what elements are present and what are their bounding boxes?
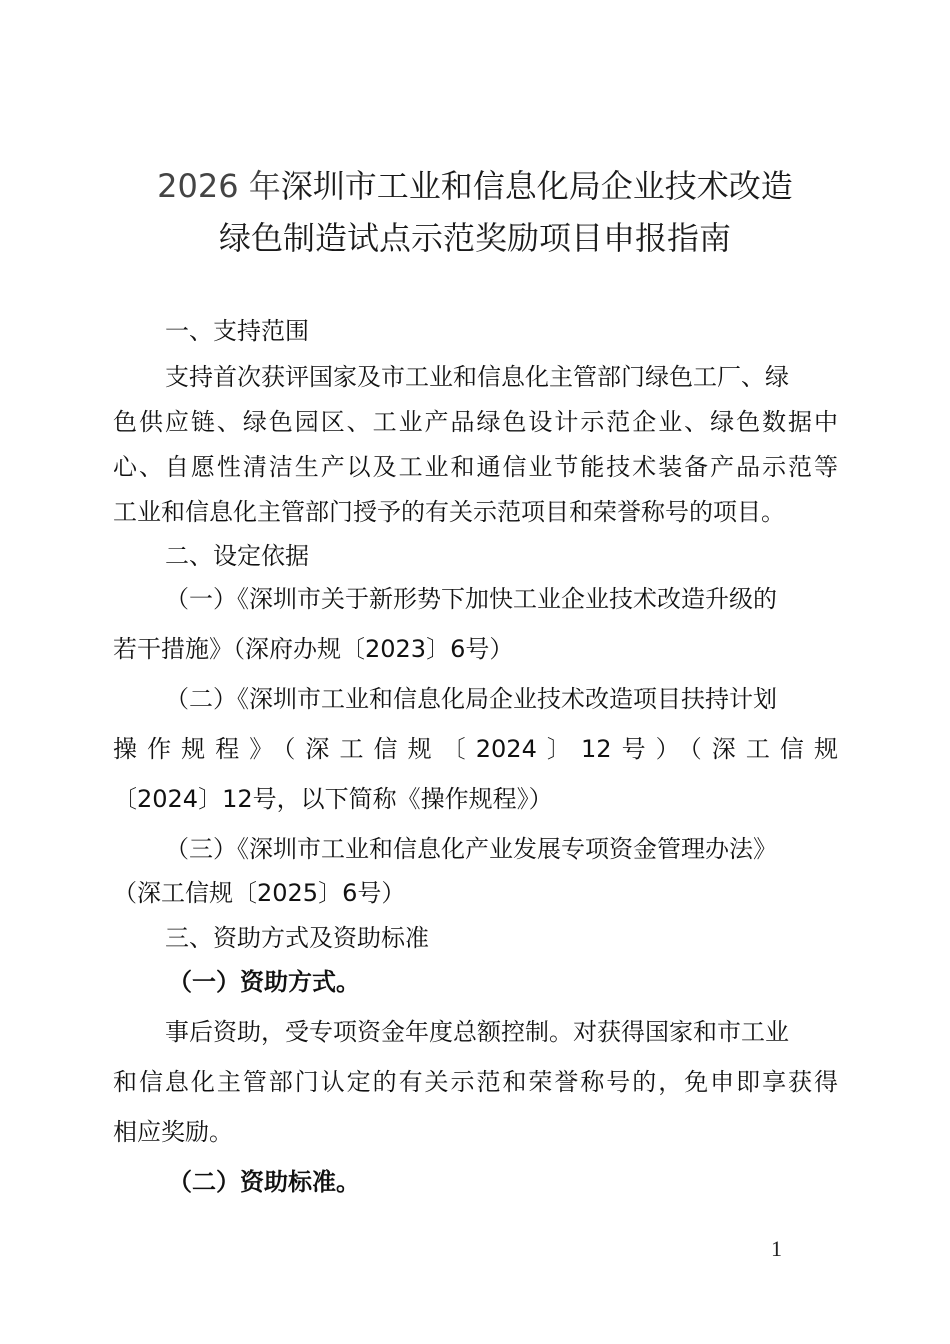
section-2-heading: 二、设定依据 xyxy=(165,541,838,571)
basis-item-1: （一）《深圳市关于新形势下加快工业企业技术改造升级的 xyxy=(165,584,838,614)
basis-item-3-cont: （深工信规〔2025〕6号） xyxy=(113,878,838,908)
subsection-funding-method: （一）资助方式。 xyxy=(168,967,893,997)
funding-method-line: 和信息化主管部门认定的有关示范和荣誉称号的，免申即享获得 xyxy=(113,1067,838,1097)
page-number: 1 xyxy=(771,1236,782,1262)
section-3-heading: 三、资助方式及资助标准 xyxy=(165,923,838,953)
document-title-line-1: 2026 年深圳市工业和信息化局企业技术改造 xyxy=(0,166,950,206)
document-title-line-2: 绿色制造试点示范奖励项目申报指南 xyxy=(0,218,950,258)
section-1-paragraph-line: 色供应链、绿色园区、工业产品绿色设计示范企业、绿色数据中 xyxy=(113,407,838,437)
title-year: 2026 年 xyxy=(157,167,281,205)
subsection-funding-standard: （二）资助标准。 xyxy=(168,1167,893,1197)
basis-item-2-cont: 〔2024〕12号，以下简称《操作规程》） xyxy=(113,784,838,814)
funding-method-line: 相应奖励。 xyxy=(113,1117,838,1147)
basis-item-3: （三）《深圳市工业和信息化产业发展专项资金管理办法》 xyxy=(165,834,838,864)
section-1-heading: 一、支持范围 xyxy=(165,316,838,346)
basis-item-2-cont: 操作规程》（深工信规〔2024〕12号）（深工信规 xyxy=(113,734,838,764)
section-1-paragraph-line: 支持首次获评国家及市工业和信息化主管部门绿色工厂、绿 xyxy=(165,362,838,392)
document-page: 2026 年深圳市工业和信息化局企业技术改造 绿色制造试点示范奖励项目申报指南 … xyxy=(0,0,950,1344)
basis-item-2: （二）《深圳市工业和信息化局企业技术改造项目扶持计划 xyxy=(165,684,838,714)
basis-item-1-cont: 若干措施》（深府办规〔2023〕6号） xyxy=(113,634,838,664)
title-line-1-text: 深圳市工业和信息化局企业技术改造 xyxy=(281,167,793,205)
funding-method-line: 事后资助，受专项资金年度总额控制。对获得国家和市工业 xyxy=(165,1017,838,1047)
section-1-paragraph-line: 心、自愿性清洁生产以及工业和通信业节能技术装备产品示范等 xyxy=(113,452,838,482)
section-1-paragraph-line: 工业和信息化主管部门授予的有关示范项目和荣誉称号的项目。 xyxy=(113,497,838,527)
